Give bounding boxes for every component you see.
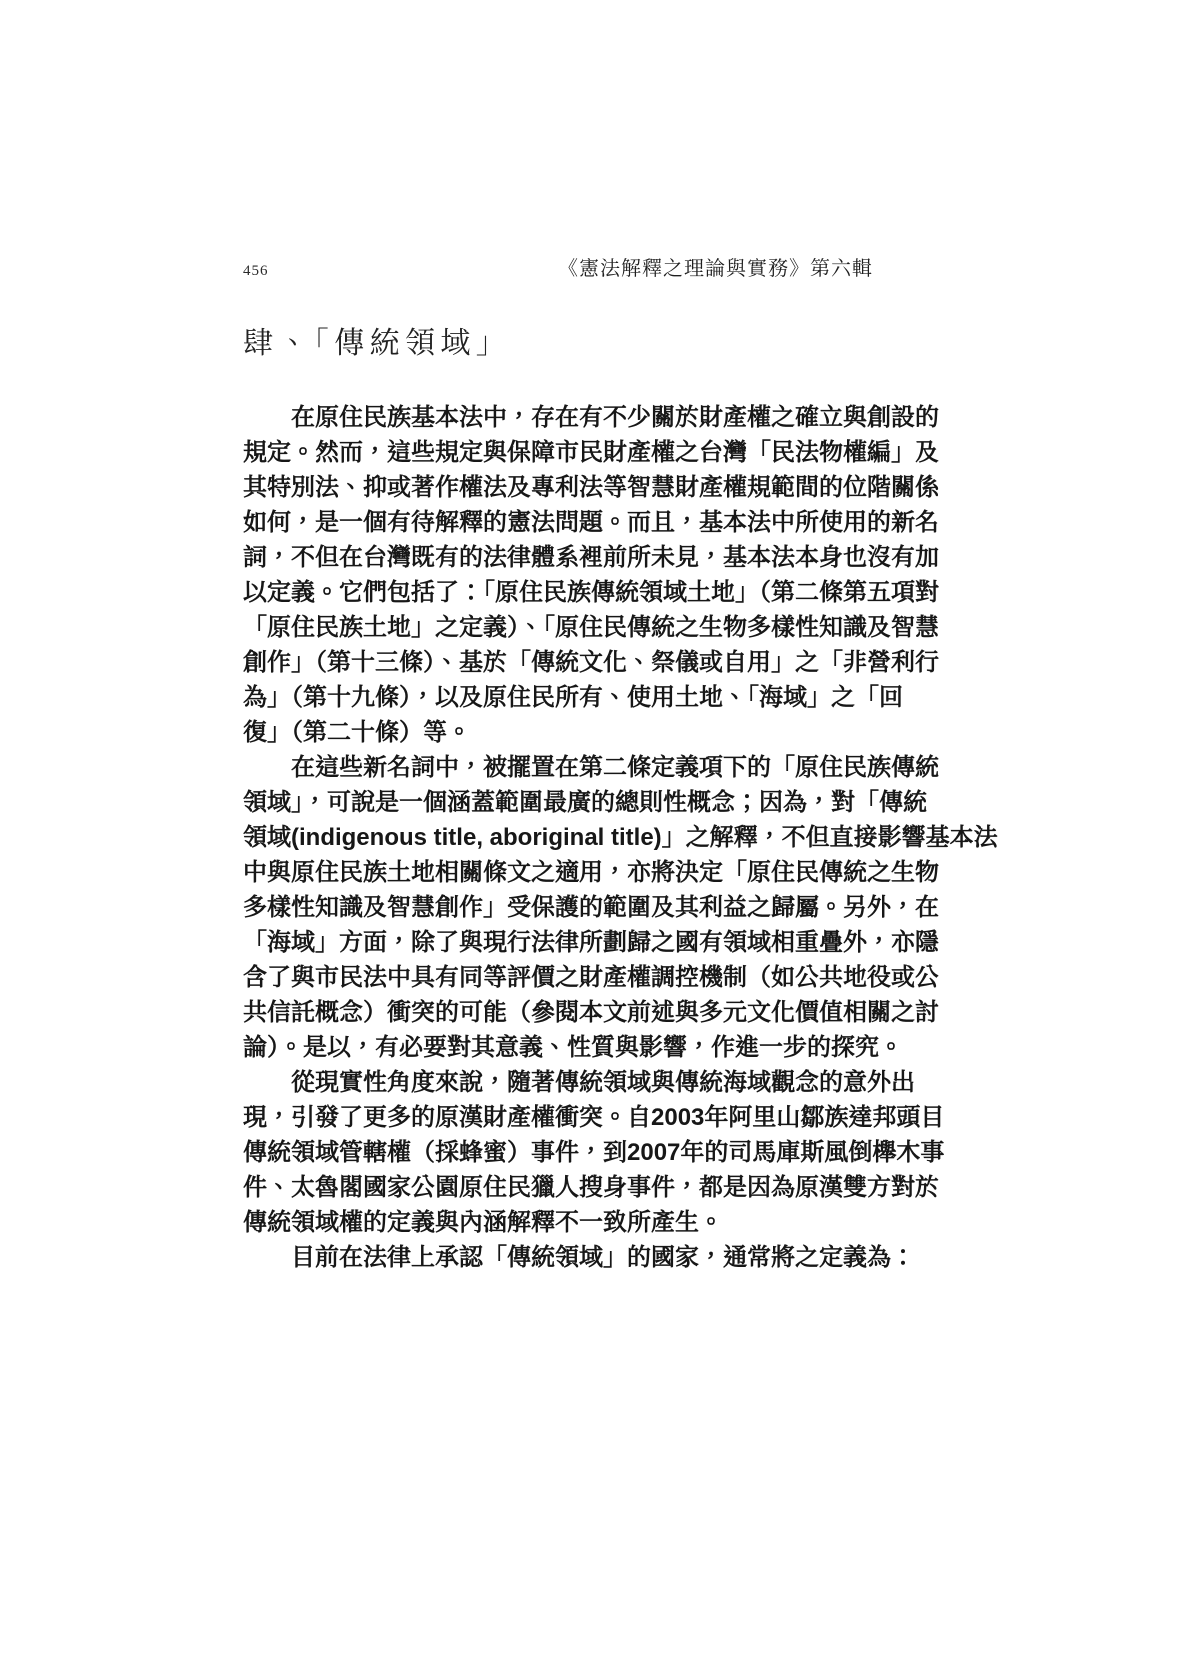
text-line: 中與原住民族土地相關條文之適用，亦將決定「原住民傳統之生物 (243, 855, 873, 890)
text-line: 傳統領域權的定義與內涵解釋不一致所產生。 (243, 1205, 873, 1240)
text-line: 領域(indigenous title, aboriginal title)」之… (243, 820, 873, 855)
text-line: 共信託概念）衝突的可能（參閱本文前述與多元文化價值相關之討 (243, 995, 873, 1030)
text-line: 創作」（第十三條）、基於「傳統文化、祭儀或自用」之「非營利行 (243, 645, 873, 680)
text-line: 目前在法律上承認「傳統領域」的國家，通常將之定義為： (243, 1240, 873, 1275)
text-line: 規定。然而，這些規定與保障市民財產權之台灣「民法物權編」及 (243, 435, 873, 470)
page-number: 456 (243, 263, 269, 280)
text-line: 詞，不但在台灣既有的法律體系裡前所未見，基本法本身也沒有加 (243, 540, 873, 575)
text-line: 在這些新名詞中，被擺置在第二條定義項下的「原住民族傳統 (243, 750, 873, 785)
paragraph-3: 從現實性角度來說，隨著傳統領域與傳統海域觀念的意外出 現，引發了更多的原漢財產權… (243, 1065, 873, 1240)
text-line: 件、太魯閣國家公園原住民獵人搜身事件，都是因為原漢雙方對於 (243, 1170, 873, 1205)
page-header: 456 《憲法解釋之理論與實務》第六輯 (243, 252, 873, 281)
text-line: 其特別法、抑或著作權法及專利法等智慧財產權規範間的位階關係 (243, 470, 873, 505)
text-line: 論）。是以，有必要對其意義、性質與影響，作進一步的探究。 (243, 1030, 873, 1065)
text-line: 含了與市民法中具有同等評價之財產權調控機制（如公共地役或公 (243, 960, 873, 995)
text-line: 以定義。它們包括了：「原住民族傳統領域土地」（第二條第五項對 (243, 575, 873, 610)
text-line: 現，引發了更多的原漢財產權衝突。自2003年阿里山鄒族達邦頭目 (243, 1100, 873, 1135)
text-line: 多樣性知識及智慧創作」受保護的範圍及其利益之歸屬。另外，在 (243, 890, 873, 925)
text-line: 如何，是一個有待解釋的憲法問題。而且，基本法中所使用的新名 (243, 505, 873, 540)
text-line: 在原住民族基本法中，存在有不少關於財產權之確立與創設的 (243, 400, 873, 435)
section-heading: 肆、「傳統領域」 (243, 318, 511, 362)
text-line: 為」（第十九條），以及原住民所有、使用土地、「海域」之「回 (243, 680, 873, 715)
text-line: 傳統領域管轄權（採蜂蜜）事件，到2007年的司馬庫斯風倒櫸木事 (243, 1135, 873, 1170)
running-title: 《憲法解釋之理論與實務》第六輯 (558, 252, 873, 281)
paragraph-2: 在這些新名詞中，被擺置在第二條定義項下的「原住民族傳統 領域」，可說是一個涵蓋範… (243, 750, 873, 1065)
text-line: 從現實性角度來說，隨著傳統領域與傳統海域觀念的意外出 (243, 1065, 873, 1100)
document-page: 456 《憲法解釋之理論與實務》第六輯 肆、「傳統領域」 在原住民族基本法中，存… (0, 0, 1177, 1664)
paragraph-1: 在原住民族基本法中，存在有不少關於財產權之確立與創設的 規定。然而，這些規定與保… (243, 400, 873, 750)
text-line: 「海域」方面，除了與現行法律所劃歸之國有領域相重疊外，亦隱 (243, 925, 873, 960)
paragraph-4: 目前在法律上承認「傳統領域」的國家，通常將之定義為： (243, 1240, 873, 1275)
text-line: 復」（第二十條）等。 (243, 715, 873, 750)
text-line: 領域」，可說是一個涵蓋範圍最廣的總則性概念；因為，對「傳統 (243, 785, 873, 820)
text-line: 「原住民族土地」之定義）、「原住民傳統之生物多樣性知識及智慧 (243, 610, 873, 645)
body-text: 在原住民族基本法中，存在有不少關於財產權之確立與創設的 規定。然而，這些規定與保… (243, 400, 873, 1275)
